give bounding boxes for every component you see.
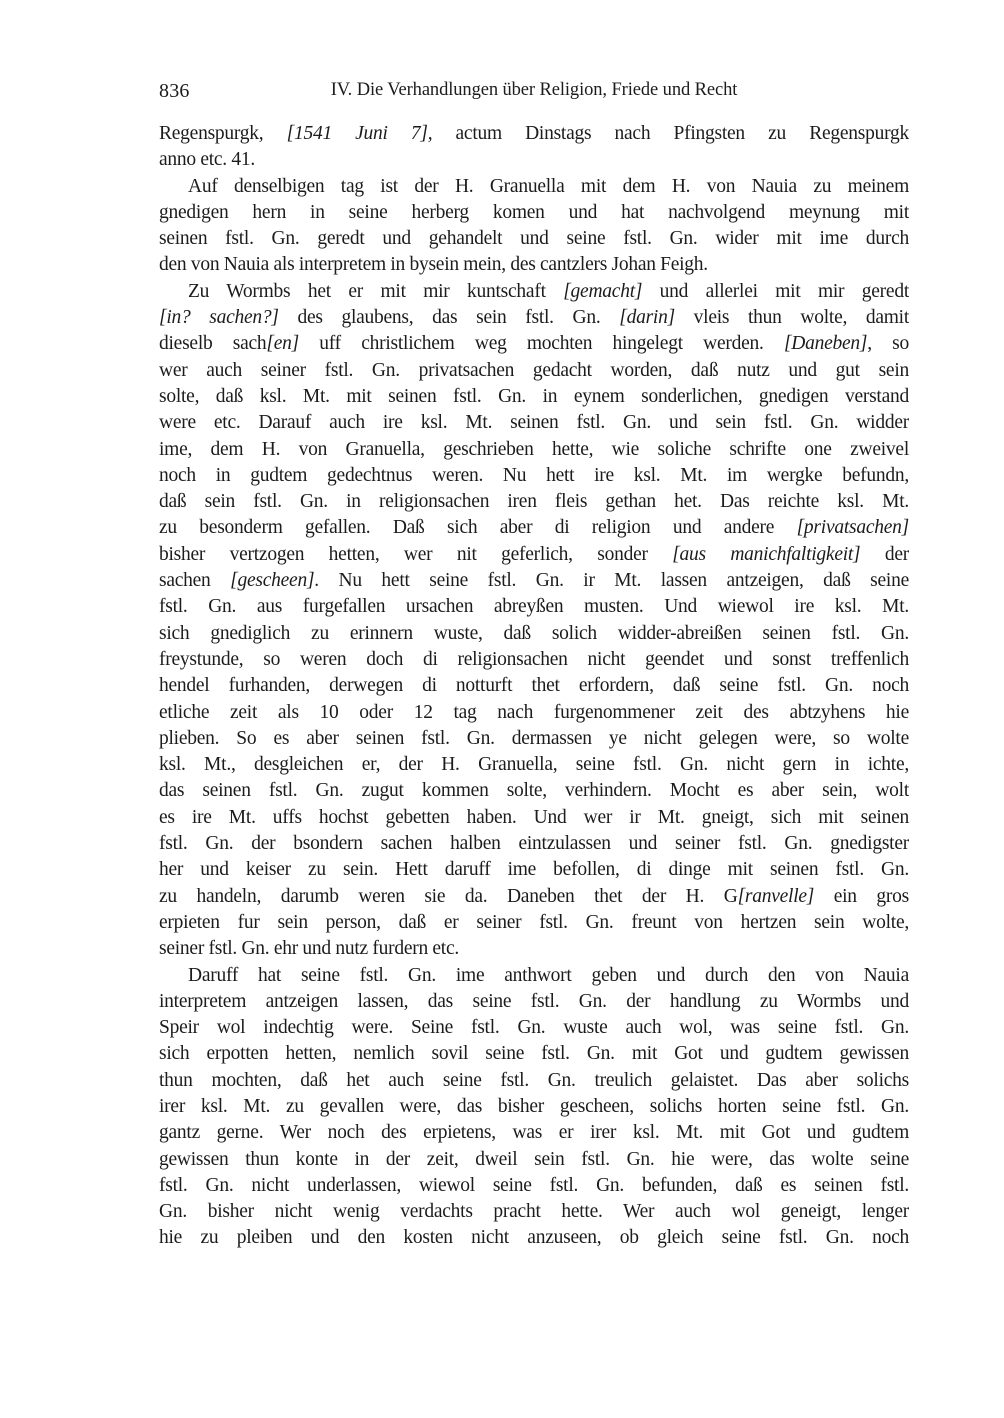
text-segment: Auf denselbigen tag ist der H. Granuella… bbox=[188, 176, 909, 197]
text-segment: ksl. Mt., desgleichen er, der H. Granuel… bbox=[159, 754, 909, 775]
text-line: gewissen thun konte in der zeit, dweil s… bbox=[159, 1147, 909, 1173]
text-segment: wer auch seiner fstl. Gn. privatsachen g… bbox=[159, 360, 909, 381]
text-line: zu besonderm gefallen. Daß sich aber di … bbox=[159, 515, 909, 541]
page-number: 836 bbox=[159, 80, 190, 103]
text-line: solte, daß ksl. Mt. mit seinen fstl. Gn.… bbox=[159, 384, 909, 410]
editorial-insertion: [gemacht] bbox=[563, 281, 642, 302]
paragraph: Auf denselbigen tag ist der H. Granuella… bbox=[159, 174, 909, 279]
text-segment: zu besonderm gefallen. Daß sich aber di … bbox=[159, 517, 797, 538]
editorial-insertion: [aus manichfaltigkeit] bbox=[672, 544, 860, 565]
text-line: freystunde, so weren doch di religionsac… bbox=[159, 647, 909, 673]
text-line: [in? sachen?] des glaubens, das sein fst… bbox=[159, 305, 909, 331]
text-line: erpieten fur sein person, daß er seiner … bbox=[159, 910, 909, 936]
text-segment: das seinen fstl. Gn. zugut kommen solte,… bbox=[159, 780, 909, 801]
text-line: den von Nauia als interpretem in bysein … bbox=[159, 252, 909, 278]
text-line: gantz gerne. Wer noch des erpietens, was… bbox=[159, 1120, 909, 1146]
text-segment: gnedigen hern in seine herberg komen und… bbox=[159, 202, 909, 223]
text-line: hendel furhanden, derwegen di notturft t… bbox=[159, 673, 909, 699]
text-line: irer ksl. Mt. zu gevallen were, das bish… bbox=[159, 1094, 909, 1120]
text-segment: den von Nauia als interpretem in bysein … bbox=[159, 254, 708, 275]
editorial-insertion: [Daneben] bbox=[784, 333, 867, 354]
text-segment: Gn. bisher nicht wenig verdachts pracht … bbox=[159, 1201, 909, 1222]
text-segment: Regenspurgk, bbox=[159, 123, 287, 144]
text-line: sachen [gescheen]. Nu hett seine fstl. G… bbox=[159, 568, 909, 594]
text-line: her und keiser zu sein. Hett daruff ime … bbox=[159, 857, 909, 883]
text-line: sich gnediglich zu erinnern wuste, daß s… bbox=[159, 621, 909, 647]
text-segment: vleis thun wolte, damit bbox=[675, 307, 909, 328]
text-line: Auf denselbigen tag ist der H. Granuella… bbox=[159, 174, 909, 200]
text-segment: plieben. So es aber seinen fstl. Gn. der… bbox=[159, 728, 909, 749]
text-line: Regenspurgk, [1541 Juni 7], actum Dinsta… bbox=[159, 121, 909, 147]
text-segment: anno etc. 41. bbox=[159, 149, 255, 170]
text-segment: Zu Wormbs het er mit mir kuntschaft bbox=[188, 281, 563, 302]
text-segment: solte, daß ksl. Mt. mit seinen fstl. Gn.… bbox=[159, 386, 909, 407]
text-segment: dieselb sach bbox=[159, 333, 266, 354]
text-segment: fstl. Gn. aus furgefallen ursachen abrey… bbox=[159, 596, 909, 617]
editorial-insertion: [en] bbox=[266, 333, 299, 354]
text-segment: thun mochten, daß het auch seine fstl. G… bbox=[159, 1070, 909, 1091]
text-segment: . Nu hett seine fstl. Gn. ir Mt. lassen … bbox=[314, 570, 909, 591]
paragraph: Daruff hat seine fstl. Gn. ime anthwort … bbox=[159, 963, 909, 1252]
text-line: Gn. bisher nicht wenig verdachts pracht … bbox=[159, 1199, 909, 1225]
text-segment: were etc. Darauf auch ire ksl. Mt. seine… bbox=[159, 412, 909, 433]
text-line: zu handeln, darumb weren sie da. Daneben… bbox=[159, 884, 909, 910]
text-line: interpretem antzeigen lassen, das seine … bbox=[159, 989, 909, 1015]
text-line: seiner fstl. Gn. ehr und nutz furdern et… bbox=[159, 936, 909, 962]
text-line: daß sein fstl. Gn. in religionsachen ire… bbox=[159, 489, 909, 515]
text-segment: seinen fstl. Gn. geredt und gehandelt un… bbox=[159, 228, 909, 249]
text-line: das seinen fstl. Gn. zugut kommen solte,… bbox=[159, 778, 909, 804]
text-segment: zu handeln, darumb weren sie da. Daneben… bbox=[159, 886, 738, 907]
text-line: fstl. Gn. aus furgefallen ursachen abrey… bbox=[159, 594, 909, 620]
text-segment: Speir wol indechtig were. Seine fstl. Gn… bbox=[159, 1017, 909, 1038]
text-segment: irer ksl. Mt. zu gevallen were, das bish… bbox=[159, 1096, 909, 1117]
text-segment: fstl. Gn. nicht underlassen, wiewol sein… bbox=[159, 1175, 909, 1196]
text-line: Daruff hat seine fstl. Gn. ime anthwort … bbox=[159, 963, 909, 989]
text-line: wer auch seiner fstl. Gn. privatsachen g… bbox=[159, 358, 909, 384]
editorial-insertion: [privatsachen] bbox=[797, 517, 909, 538]
text-segment: fstl. Gn. der bsondern sachen halben ein… bbox=[159, 833, 909, 854]
text-line: plieben. So es aber seinen fstl. Gn. der… bbox=[159, 726, 909, 752]
text-segment: noch in gudtem gedechtnus weren. Nu hett… bbox=[159, 465, 909, 486]
editorial-insertion: [in? sachen?] bbox=[159, 307, 279, 328]
text-line: etliche zeit als 10 oder 12 tag nach fur… bbox=[159, 700, 909, 726]
text-line: dieselb sach[en] uff christlichem weg mo… bbox=[159, 331, 909, 357]
text-line: es ire Mt. uffs hochst gebetten haben. U… bbox=[159, 805, 909, 831]
text-segment: bisher vertzogen hetten, wer nit geferli… bbox=[159, 544, 672, 565]
text-line: bisher vertzogen hetten, wer nit geferli… bbox=[159, 542, 909, 568]
text-segment: Daruff hat seine fstl. Gn. ime anthwort … bbox=[188, 965, 909, 986]
editorial-insertion: [gescheen] bbox=[230, 570, 314, 591]
text-segment: gewissen thun konte in der zeit, dweil s… bbox=[159, 1149, 909, 1170]
document-page: 836 IV. Die Verhandlungen über Religion,… bbox=[0, 0, 1004, 1418]
text-segment: , so bbox=[867, 333, 909, 354]
text-segment: gantz gerne. Wer noch des erpietens, was… bbox=[159, 1122, 909, 1143]
text-segment: ein gros bbox=[814, 886, 909, 907]
text-line: anno etc. 41. bbox=[159, 147, 909, 173]
paragraph: Zu Wormbs het er mit mir kuntschaft [gem… bbox=[159, 279, 909, 963]
text-segment: etliche zeit als 10 oder 12 tag nach fur… bbox=[159, 702, 909, 723]
running-title: IV. Die Verhandlungen über Religion, Fri… bbox=[159, 80, 909, 101]
text-line: Zu Wormbs het er mit mir kuntschaft [gem… bbox=[159, 279, 909, 305]
text-segment: erpieten fur sein person, daß er seiner … bbox=[159, 912, 909, 933]
text-segment: daß sein fstl. Gn. in religionsachen ire… bbox=[159, 491, 909, 512]
text-line: seinen fstl. Gn. geredt und gehandelt un… bbox=[159, 226, 909, 252]
text-segment: hie zu pleiben und den kosten nicht anzu… bbox=[159, 1227, 909, 1248]
text-line: fstl. Gn. der bsondern sachen halben ein… bbox=[159, 831, 909, 857]
text-segment: seiner fstl. Gn. ehr und nutz furdern et… bbox=[159, 938, 459, 959]
text-line: thun mochten, daß het auch seine fstl. G… bbox=[159, 1068, 909, 1094]
text-line: ime, dem H. von Granuella, geschrieben h… bbox=[159, 437, 909, 463]
text-line: gnedigen hern in seine herberg komen und… bbox=[159, 200, 909, 226]
text-line: noch in gudtem gedechtnus weren. Nu hett… bbox=[159, 463, 909, 489]
text-segment: hendel furhanden, derwegen di notturft t… bbox=[159, 675, 909, 696]
text-segment: sich erpotten hetten, nemlich sovil sein… bbox=[159, 1043, 909, 1064]
text-segment: interpretem antzeigen lassen, das seine … bbox=[159, 991, 909, 1012]
text-body: Regenspurgk, [1541 Juni 7], actum Dinsta… bbox=[159, 121, 909, 1252]
text-segment: actum Dinstags nach Pfingsten zu Regensp… bbox=[432, 123, 909, 144]
paragraph: Regenspurgk, [1541 Juni 7], actum Dinsta… bbox=[159, 121, 909, 174]
text-line: Speir wol indechtig were. Seine fstl. Gn… bbox=[159, 1015, 909, 1041]
text-line: hie zu pleiben und den kosten nicht anzu… bbox=[159, 1225, 909, 1251]
text-segment: sich gnediglich zu erinnern wuste, daß s… bbox=[159, 623, 909, 644]
text-segment: ime, dem H. von Granuella, geschrieben h… bbox=[159, 439, 909, 460]
text-segment: und allerlei mit mir geredt bbox=[642, 281, 909, 302]
text-line: sich erpotten hetten, nemlich sovil sein… bbox=[159, 1041, 909, 1067]
text-segment: her und keiser zu sein. Hett daruff ime … bbox=[159, 859, 909, 880]
page-header: 836 IV. Die Verhandlungen über Religion,… bbox=[159, 80, 909, 104]
editorial-insertion: [darin] bbox=[619, 307, 675, 328]
text-segment: sachen bbox=[159, 570, 230, 591]
text-line: fstl. Gn. nicht underlassen, wiewol sein… bbox=[159, 1173, 909, 1199]
text-line: ksl. Mt., desgleichen er, der H. Granuel… bbox=[159, 752, 909, 778]
text-segment: der bbox=[860, 544, 909, 565]
text-segment: uff christlichem weg mochten hingelegt w… bbox=[299, 333, 784, 354]
editorial-insertion: [1541 Juni 7], bbox=[287, 123, 433, 144]
text-segment: es ire Mt. uffs hochst gebetten haben. U… bbox=[159, 807, 909, 828]
editorial-insertion: [ranvelle] bbox=[738, 886, 815, 907]
text-segment: freystunde, so weren doch di religionsac… bbox=[159, 649, 909, 670]
text-segment: des glaubens, das sein fstl. Gn. bbox=[279, 307, 620, 328]
text-line: were etc. Darauf auch ire ksl. Mt. seine… bbox=[159, 410, 909, 436]
